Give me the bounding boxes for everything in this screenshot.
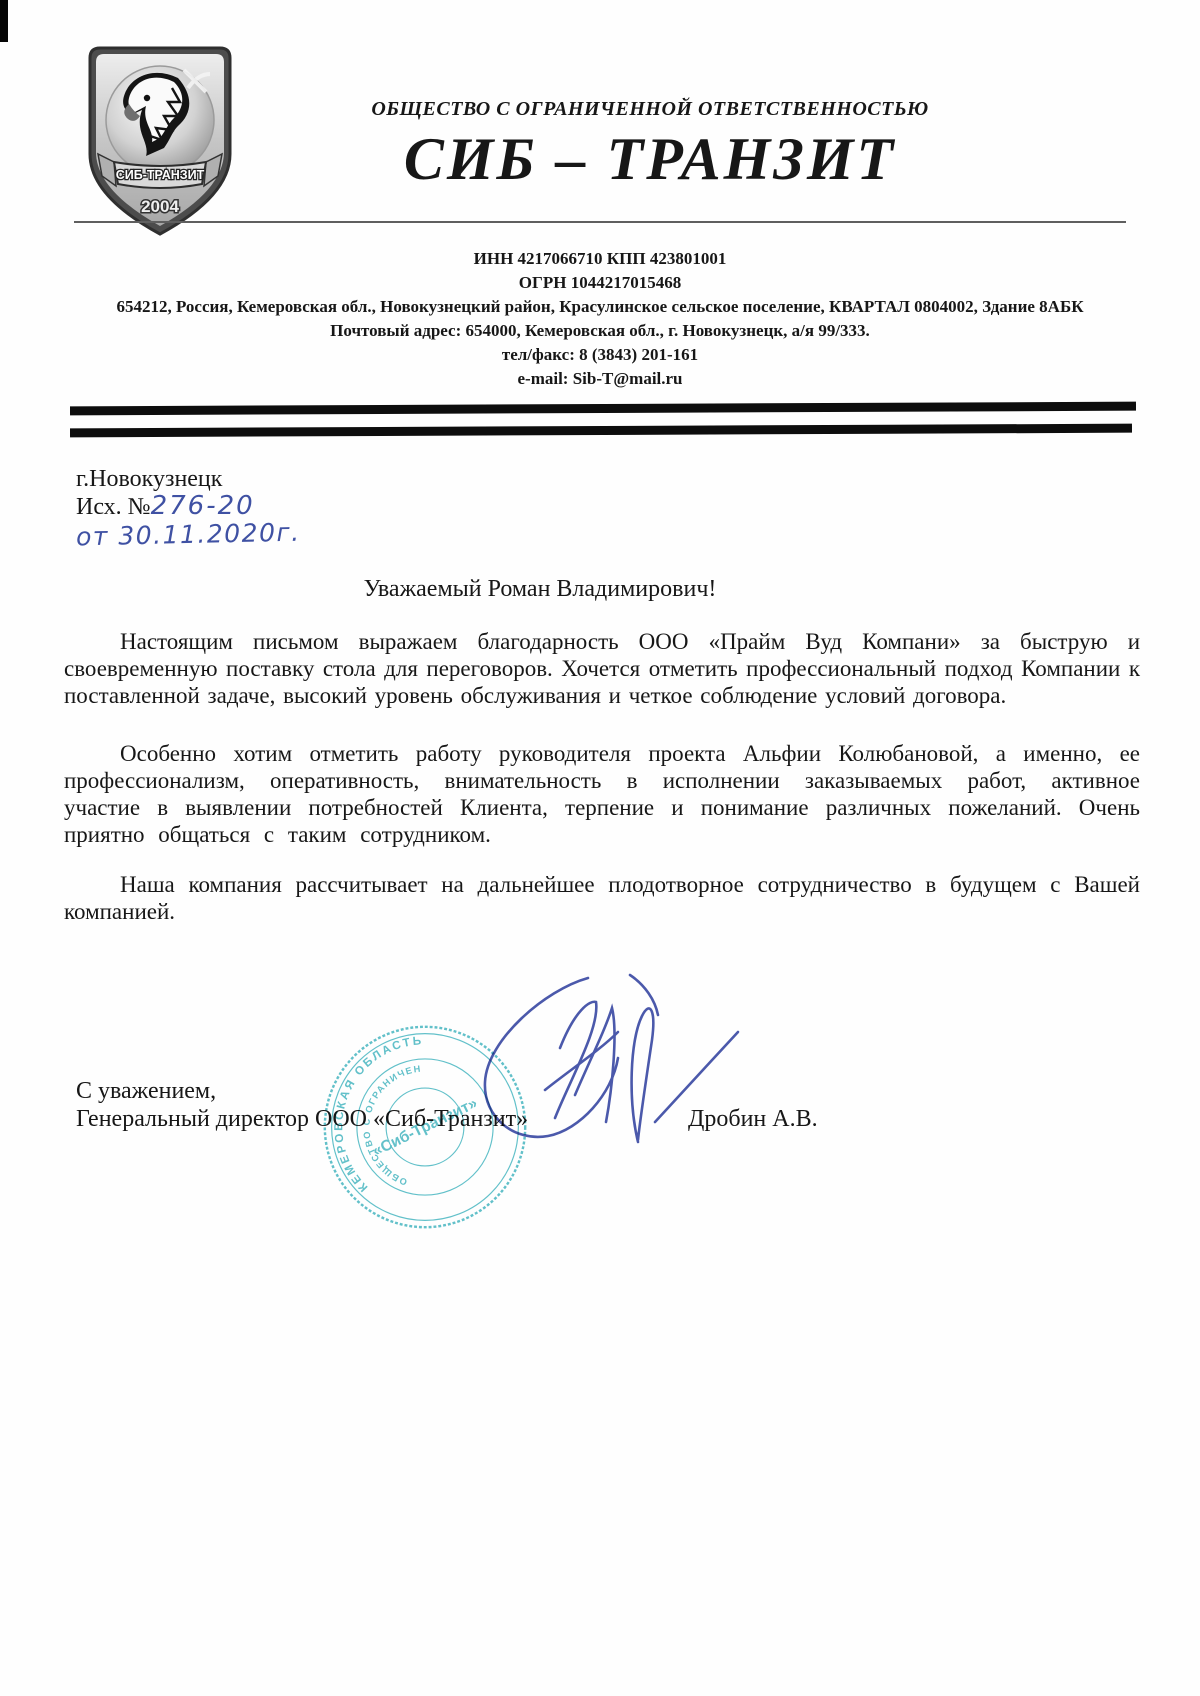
paragraph-cooperation: Наша компания рассчитывает на дальнейшее…: [64, 871, 1140, 925]
paragraph-project-manager: Особенно хотим отметить работу руководит…: [64, 740, 1140, 848]
letter-body: Настоящим письмом выражаем благодарность…: [64, 628, 1140, 925]
requisite-email: e-mail: Sib-T@mail.ru: [60, 367, 1140, 391]
scan-artifact: [0, 0, 8, 42]
letter-page: СИБ-ТРАНЗИТ 2004 ОБЩЕСТВО С ОГРАНИЧЕННОЙ…: [0, 0, 1200, 1696]
outgoing-number-handwritten: 276-20: [151, 491, 255, 521]
reference-block: г.Новокузнецк Исх. №276-20 от 30.11.2020…: [76, 466, 301, 550]
outgoing-number-line: Исх. №276-20: [76, 493, 301, 521]
eagle-shield-emblem-icon: СИБ-ТРАНЗИТ 2004: [84, 44, 236, 240]
requisite-ogrn: ОГРН 1044217015468: [60, 271, 1140, 295]
requisite-postal: Почтовый адрес: 654000, Кемеровская обл.…: [60, 319, 1140, 343]
org-type-line: ОБЩЕСТВО С ОГРАНИЧЕННОЙ ОТВЕТСТВЕННОСТЬЮ: [270, 98, 1030, 121]
city-line: г.Новокузнецк: [76, 466, 301, 493]
pen-signature-icon: [430, 950, 770, 1160]
requisite-address: 654212, Россия, Кемеровская обл., Новоку…: [60, 295, 1140, 319]
date-handwritten: от 30.11.2020г.: [76, 519, 301, 551]
thick-divider-bottom: [70, 424, 1132, 438]
salutation: Уважаемый Роман Владимирович!: [0, 576, 1080, 603]
logo-banner-text: СИБ-ТРАНЗИТ: [116, 168, 205, 182]
logo-year-text: 2004: [141, 197, 179, 216]
company-requisites: ИНН 4217066710 КПП 423801001 ОГРН 104421…: [60, 247, 1140, 391]
letterhead: ОБЩЕСТВО С ОГРАНИЧЕННОЙ ОТВЕТСТВЕННОСТЬЮ…: [270, 98, 1030, 194]
paragraph-gratitude: Настоящим письмом выражаем благодарность…: [64, 628, 1140, 709]
thick-divider-top: [70, 402, 1136, 416]
closing-line: С уважением,: [76, 1078, 216, 1105]
header-divider: [74, 221, 1126, 223]
requisite-inn-kpp: ИНН 4217066710 КПП 423801001: [60, 247, 1140, 271]
company-logo: СИБ-ТРАНЗИТ 2004: [84, 44, 236, 240]
company-name: СИБ – ТРАНЗИТ: [270, 125, 1030, 194]
requisite-phone: тел/факс: 8 (3843) 201-161: [60, 343, 1140, 367]
outgoing-label: Исх. №: [76, 494, 151, 520]
